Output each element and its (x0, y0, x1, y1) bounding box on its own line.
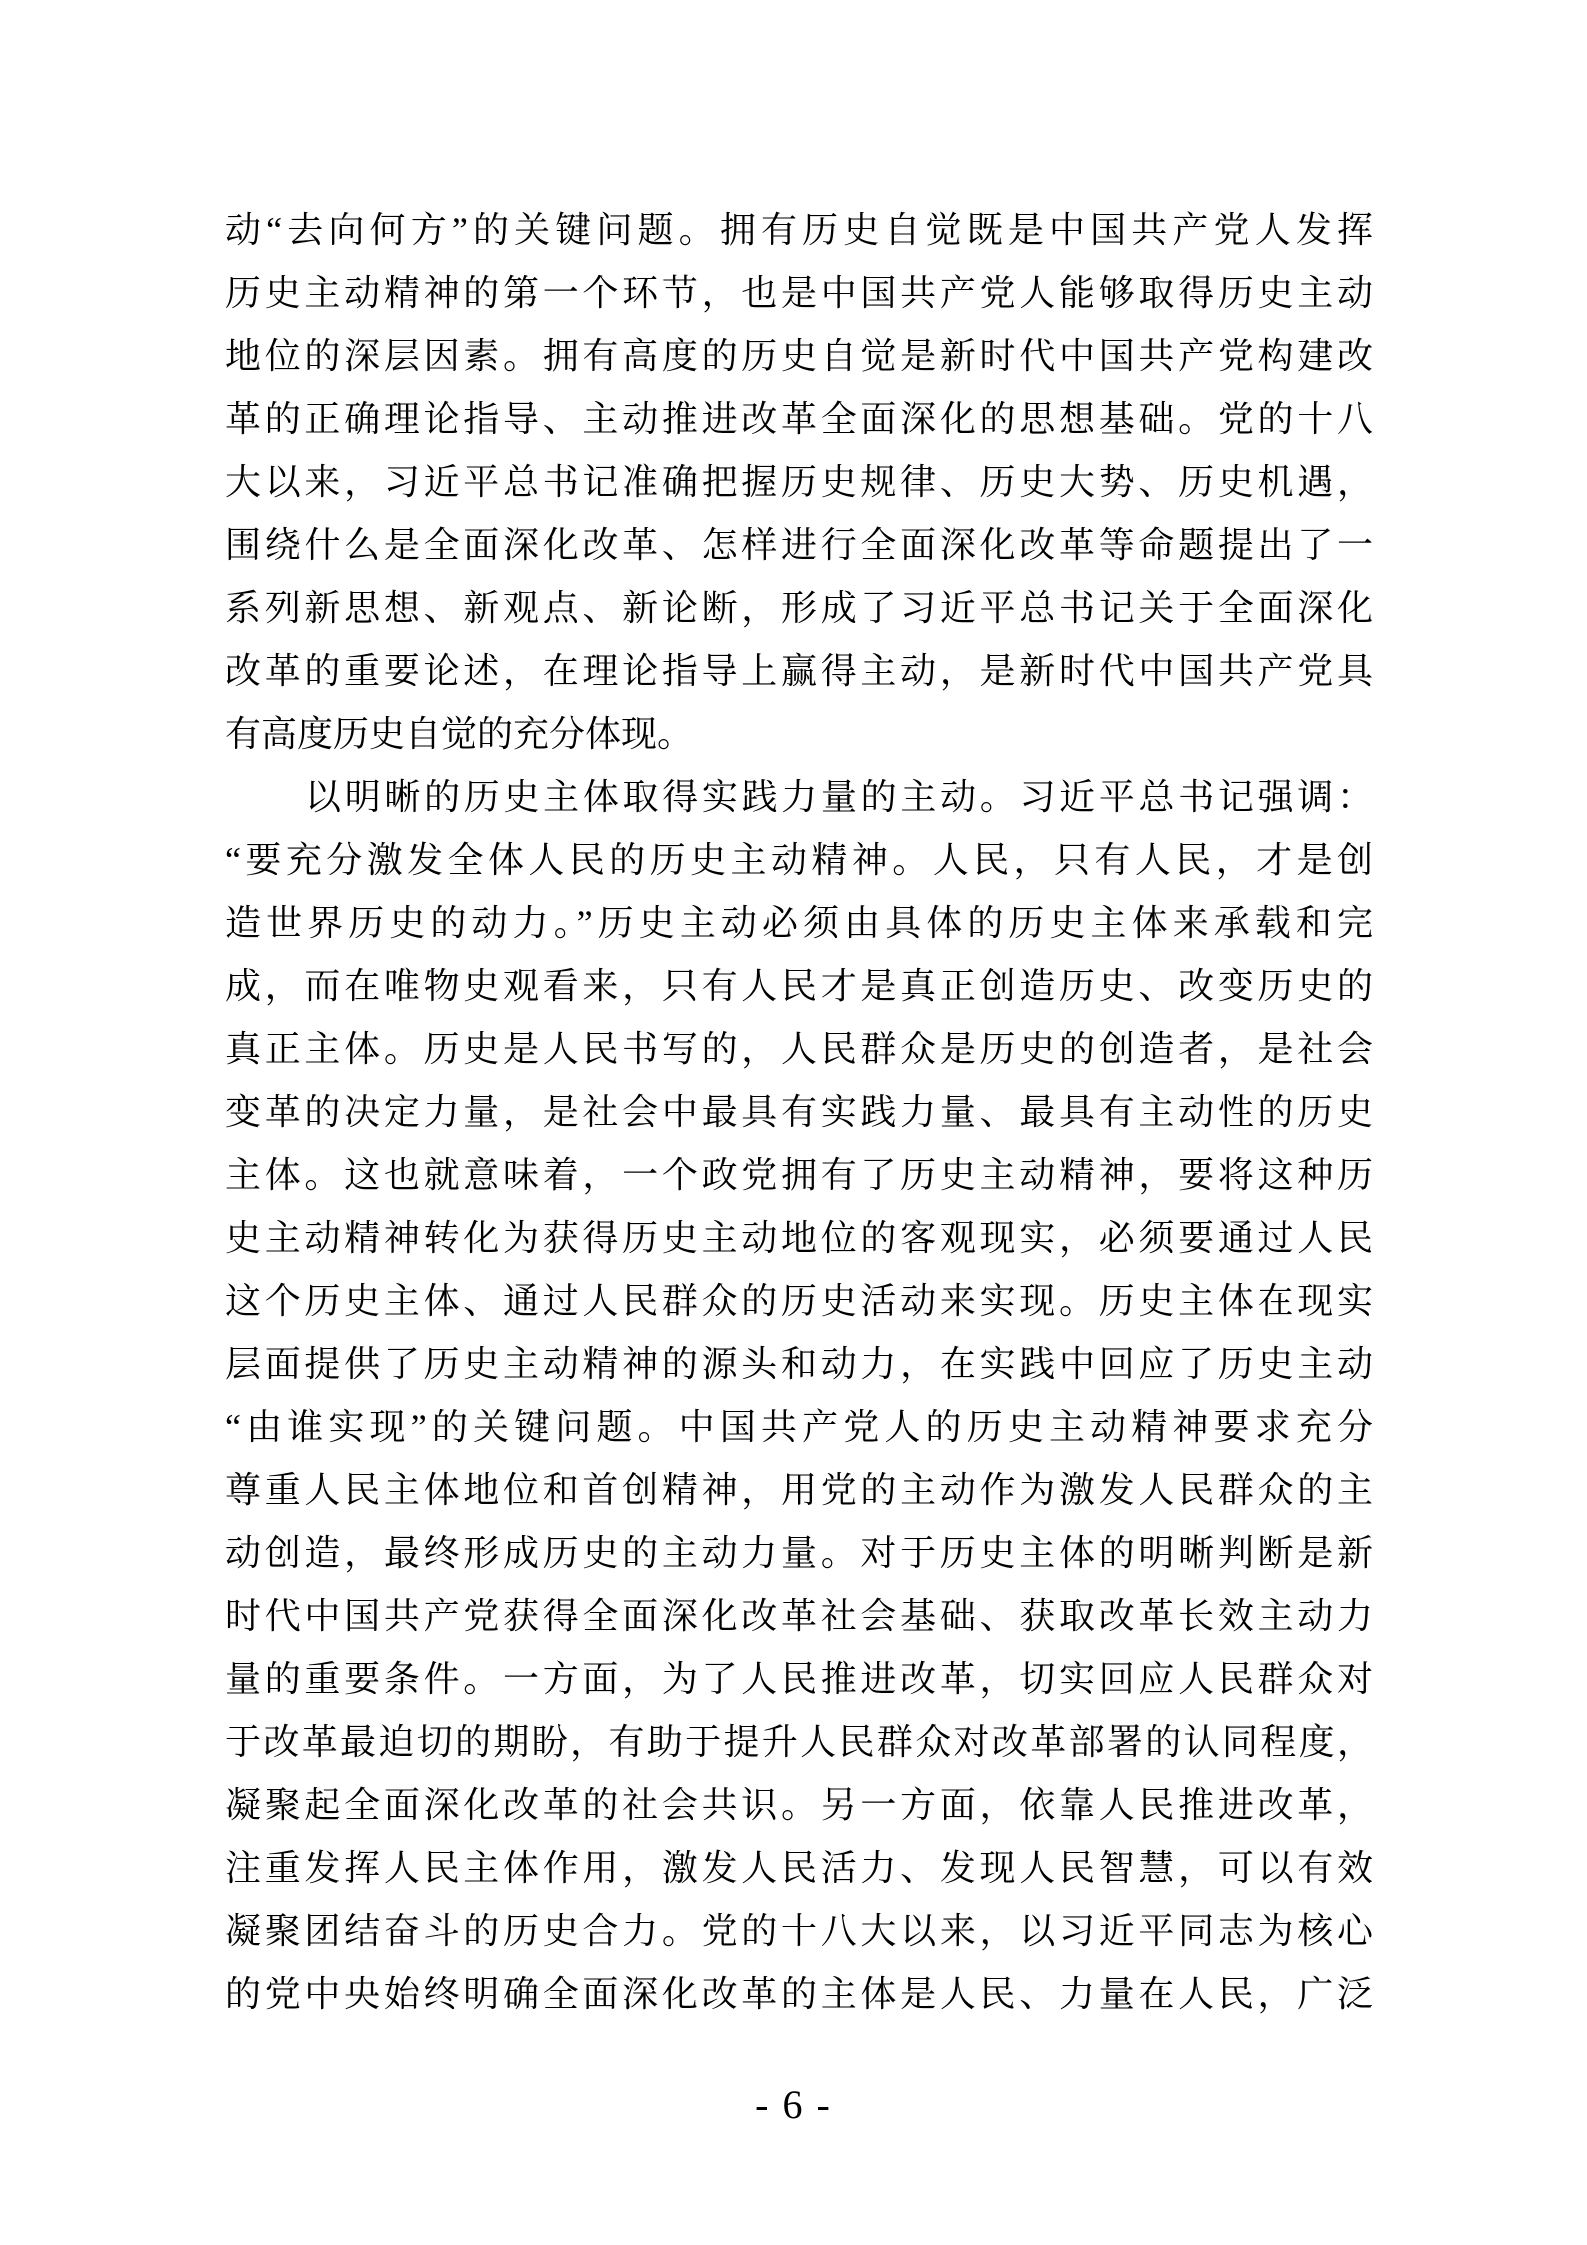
text-line: 史主动精神转化为获得历史主动地位的客观现实，必须要通过人民 (225, 1207, 1373, 1270)
text-line: “由谁实现”的关键问题。中国共产党人的历史主动精神要求充分 (225, 1396, 1373, 1459)
text-line-paragraph-end: 有高度历史自觉的充分体现。 (225, 703, 1373, 766)
text-line: 改革的重要论述，在理论指导上赢得主动，是新时代中国共产党具 (225, 640, 1373, 703)
text-line: 注重发挥人民主体作用，激发人民活力、发现人民智慧，可以有效 (225, 1837, 1373, 1900)
text-line: 围绕什么是全面深化改革、怎样进行全面深化改革等命题提出了一 (225, 514, 1373, 577)
page-number: - 6 - (0, 2083, 1587, 2127)
text-line: 革的正确理论指导、主动推进改革全面深化的思想基础。党的十八 (225, 388, 1373, 451)
text-line: 真正主体。历史是人民书写的，人民群众是历史的创造者，是社会 (225, 1018, 1373, 1081)
body-text: 动“去向何方”的关键问题。拥有历史自觉既是中国共产党人发挥 历史主动精神的第一个… (225, 199, 1373, 2026)
text-line: 历史主动精神的第一个环节，也是中国共产党人能够取得历史主动 (225, 262, 1373, 325)
text-line: 凝聚团结奋斗的历史合力。党的十八大以来，以习近平同志为核心 (225, 1900, 1373, 1963)
text-line: 成，而在唯物史观看来，只有人民才是真正创造历史、改变历史的 (225, 955, 1373, 1018)
text-line: 尊重人民主体地位和首创精神，用党的主动作为激发人民群众的主 (225, 1459, 1373, 1522)
text-line: 变革的决定力量，是社会中最具有实践力量、最具有主动性的历史 (225, 1081, 1373, 1144)
document-page: 动“去向何方”的关键问题。拥有历史自觉既是中国共产党人发挥 历史主动精神的第一个… (0, 0, 1587, 2245)
text-line: 凝聚起全面深化改革的社会共识。另一方面，依靠人民推进改革， (225, 1774, 1373, 1837)
text-line: 主体。这也就意味着，一个政党拥有了历史主动精神，要将这种历 (225, 1144, 1373, 1207)
text-line-paragraph-start: 以明晰的历史主体取得实践力量的主动。习近平总书记强调： (225, 766, 1373, 829)
text-line: 造世界历史的动力。”历史主动必须由具体的历史主体来承载和完 (225, 892, 1373, 955)
text-line: 时代中国共产党获得全面深化改革社会基础、获取改革长效主动力 (225, 1585, 1373, 1648)
text-line: 量的重要条件。一方面，为了人民推进改革，切实回应人民群众对 (225, 1648, 1373, 1711)
text-line: 这个历史主体、通过人民群众的历史活动来实现。历史主体在现实 (225, 1270, 1373, 1333)
text-line: 动“去向何方”的关键问题。拥有历史自觉既是中国共产党人发挥 (225, 199, 1373, 262)
text-line: 于改革最迫切的期盼，有助于提升人民群众对改革部署的认同程度， (225, 1711, 1373, 1774)
text-line: 系列新思想、新观点、新论断，形成了习近平总书记关于全面深化 (225, 577, 1373, 640)
text-line: “要充分激发全体人民的历史主动精神。人民，只有人民，才是创 (225, 829, 1373, 892)
text-line: 地位的深层因素。拥有高度的历史自觉是新时代中国共产党构建改 (225, 325, 1373, 388)
text-line: 的党中央始终明确全面深化改革的主体是人民、力量在人民，广泛 (225, 1963, 1373, 2026)
text-line: 层面提供了历史主动精神的源头和动力，在实践中回应了历史主动 (225, 1333, 1373, 1396)
text-line: 大以来，习近平总书记准确把握历史规律、历史大势、历史机遇， (225, 451, 1373, 514)
text-line: 动创造，最终形成历史的主动力量。对于历史主体的明晰判断是新 (225, 1522, 1373, 1585)
